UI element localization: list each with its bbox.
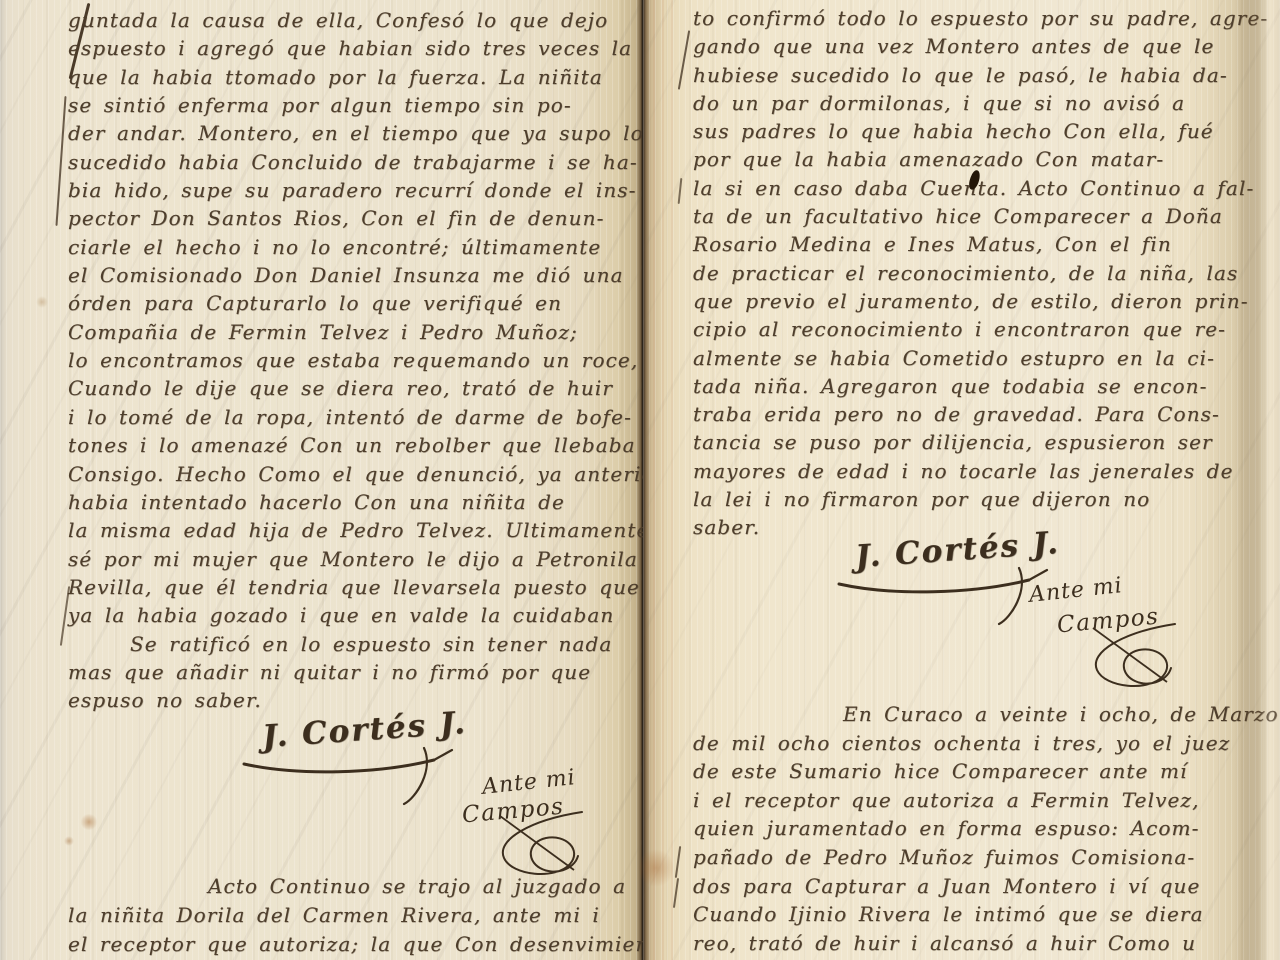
manuscript-line: tada niña. Agregaron que todabia se enco… bbox=[693, 372, 1268, 400]
signature-underline-flourish bbox=[238, 746, 468, 806]
manuscript-line: la lei i no firmaron por que dijeron no bbox=[693, 485, 1268, 513]
manuscript-line: Cuando le dije que se diera reo, trató d… bbox=[68, 374, 665, 402]
manuscript-line: to confirmó todo lo espuesto por su padr… bbox=[693, 4, 1268, 32]
manuscript-line: Consigo. Hecho Como el que denunció, ya … bbox=[68, 460, 665, 488]
rubric-flourish bbox=[1063, 618, 1203, 698]
manuscript-line: sucedido habia Concluido de trabajarme i… bbox=[68, 148, 665, 176]
manuscript-line: reo, trató de huir i alcansó a huir Como… bbox=[693, 929, 1279, 958]
left-signature-block: J. Cortés J. Ante mi Campos bbox=[0, 700, 642, 875]
manuscript-line: almente se habia Cometido estupro en la … bbox=[693, 344, 1268, 372]
manuscript-line: gando que una vez Montero antes de que l… bbox=[693, 32, 1268, 60]
manuscript-line: que previo el juramento, de estilo, dier… bbox=[693, 287, 1268, 315]
manuscript-line: Acto Continuo se trajo al juzgado a bbox=[68, 872, 657, 901]
manuscript-line: tones i lo amenazé Con un rebolber que l… bbox=[68, 431, 665, 459]
manuscript-line: mas que añadir ni quitar i no firmó por … bbox=[68, 658, 665, 686]
manuscript-line: i el receptor que autoriza a Fermin Telv… bbox=[693, 786, 1279, 815]
manuscript-line: sé por mi mujer que Montero le dijo a Pe… bbox=[68, 545, 665, 573]
margin-stroke bbox=[673, 878, 679, 908]
manuscript-line: pector Don Santos Rios, Con el fin de de… bbox=[68, 204, 665, 232]
manuscript-line: mayores de edad i no tocarle las jeneral… bbox=[693, 457, 1268, 485]
manuscript-line: tancia se puso por dilijencia, espusiero… bbox=[693, 428, 1268, 456]
page-left: guntada la causa de ella, Confesó lo que… bbox=[0, 0, 642, 960]
margin-stroke bbox=[678, 178, 683, 204]
manuscript-line: Se ratificó en lo espuesto sin tener nad… bbox=[68, 630, 665, 658]
manuscript-line: guntada la causa de ella, Confesó lo que… bbox=[68, 6, 665, 34]
manuscript-line: Rosario Medina e Ines Matus, Con el fin bbox=[693, 230, 1268, 258]
manuscript-line: ta de un facultativo hice Comparecer a D… bbox=[693, 202, 1268, 230]
manuscript-line: habia intentado hacerlo Con una niñita d… bbox=[68, 488, 665, 516]
manuscript-line: se sintió enferma por algun tiempo sin p… bbox=[68, 91, 665, 119]
manuscript-line: sus padres lo que habia hecho Con ella, … bbox=[693, 117, 1268, 145]
manuscript-spread: guntada la causa de ella, Confesó lo que… bbox=[0, 0, 1280, 960]
page-right: to confirmó todo lo espuesto por su padr… bbox=[643, 0, 1280, 960]
manuscript-line: el receptor que autoriza; la que Con des… bbox=[68, 930, 657, 959]
manuscript-line: de este Sumario hice Comparecer ante mí bbox=[693, 757, 1279, 786]
manuscript-line: der andar. Montero, en el tiempo que ya … bbox=[68, 119, 665, 147]
manuscript-line: la niñita Dorila del Carmen Rivera, ante… bbox=[68, 901, 657, 930]
manuscript-line: ya la habia gozado i que en valde la cui… bbox=[68, 601, 665, 629]
right-body-text: to confirmó todo lo espuesto por su padr… bbox=[693, 4, 1268, 542]
right-signature-block: J. Cortés J. Ante mi Campos bbox=[643, 522, 1280, 694]
manuscript-line: el Comisionado Don Daniel Insunza me dió… bbox=[68, 261, 665, 289]
manuscript-line: Revilla, que él tendria que llevarsela p… bbox=[68, 573, 665, 601]
manuscript-line: la misma edad hija de Pedro Telvez. Ulti… bbox=[68, 516, 665, 544]
manuscript-line: i lo tomé de la ropa, intentó de darme d… bbox=[68, 403, 665, 431]
manuscript-line: pañado de Pedro Muñoz fuimos Comisiona- bbox=[693, 843, 1279, 872]
gutter-stain bbox=[639, 848, 673, 888]
left-body-text: guntada la causa de ella, Confesó lo que… bbox=[68, 6, 665, 715]
manuscript-line: cipio al reconocimiento i encontraron qu… bbox=[693, 315, 1268, 343]
right-footer-text: En Curaco a veinte i ocho, de Marzode mi… bbox=[693, 700, 1279, 957]
manuscript-line: lo encontramos que estaba requemando un … bbox=[68, 346, 665, 374]
manuscript-line: que la habia ttomado por la fuerza. La n… bbox=[68, 63, 665, 91]
manuscript-line: do un par dormilonas, i que si no avisó … bbox=[693, 89, 1268, 117]
manuscript-line: En Curaco a veinte i ocho, de Marzo bbox=[693, 700, 1279, 729]
margin-stroke bbox=[678, 30, 690, 89]
foxing-stain bbox=[36, 296, 48, 308]
manuscript-line: espuesto i agregó que habian sido tres v… bbox=[68, 34, 665, 62]
manuscript-line: ciarle el hecho i no lo encontré; última… bbox=[68, 233, 665, 261]
manuscript-line: Cuando Ijinio Rivera le intimó que se di… bbox=[693, 900, 1279, 929]
manuscript-line: dos para Capturar a Juan Montero i ví qu… bbox=[693, 872, 1279, 901]
margin-stroke bbox=[675, 846, 681, 878]
manuscript-line: de mil ocho cientos ochenta i tres, yo e… bbox=[693, 729, 1279, 758]
manuscript-line: traba erida pero no de gravedad. Para Co… bbox=[693, 400, 1268, 428]
manuscript-line: por que la habia amenazado Con matar- bbox=[693, 145, 1268, 173]
manuscript-line: órden para Capturarlo lo que verifiqué e… bbox=[68, 289, 665, 317]
manuscript-line: hubiese sucedido lo que le pasó, le habi… bbox=[693, 61, 1268, 89]
ledger-ruling bbox=[653, 0, 679, 960]
manuscript-line: quien juramentado en forma espuso: Acom- bbox=[693, 814, 1279, 843]
margin-stroke bbox=[55, 96, 66, 226]
manuscript-line: la si en caso daba Cuenta. Acto Continuo… bbox=[693, 174, 1268, 202]
manuscript-line: bia hido, supe su paradero recurrí donde… bbox=[68, 176, 665, 204]
manuscript-line: Compañia de Fermin Telvez i Pedro Muñoz; bbox=[68, 318, 665, 346]
manuscript-line: de practicar el reconocimiento, de la ni… bbox=[693, 259, 1268, 287]
left-footer-text: Acto Continuo se trajo al juzgado ala ni… bbox=[68, 872, 657, 959]
